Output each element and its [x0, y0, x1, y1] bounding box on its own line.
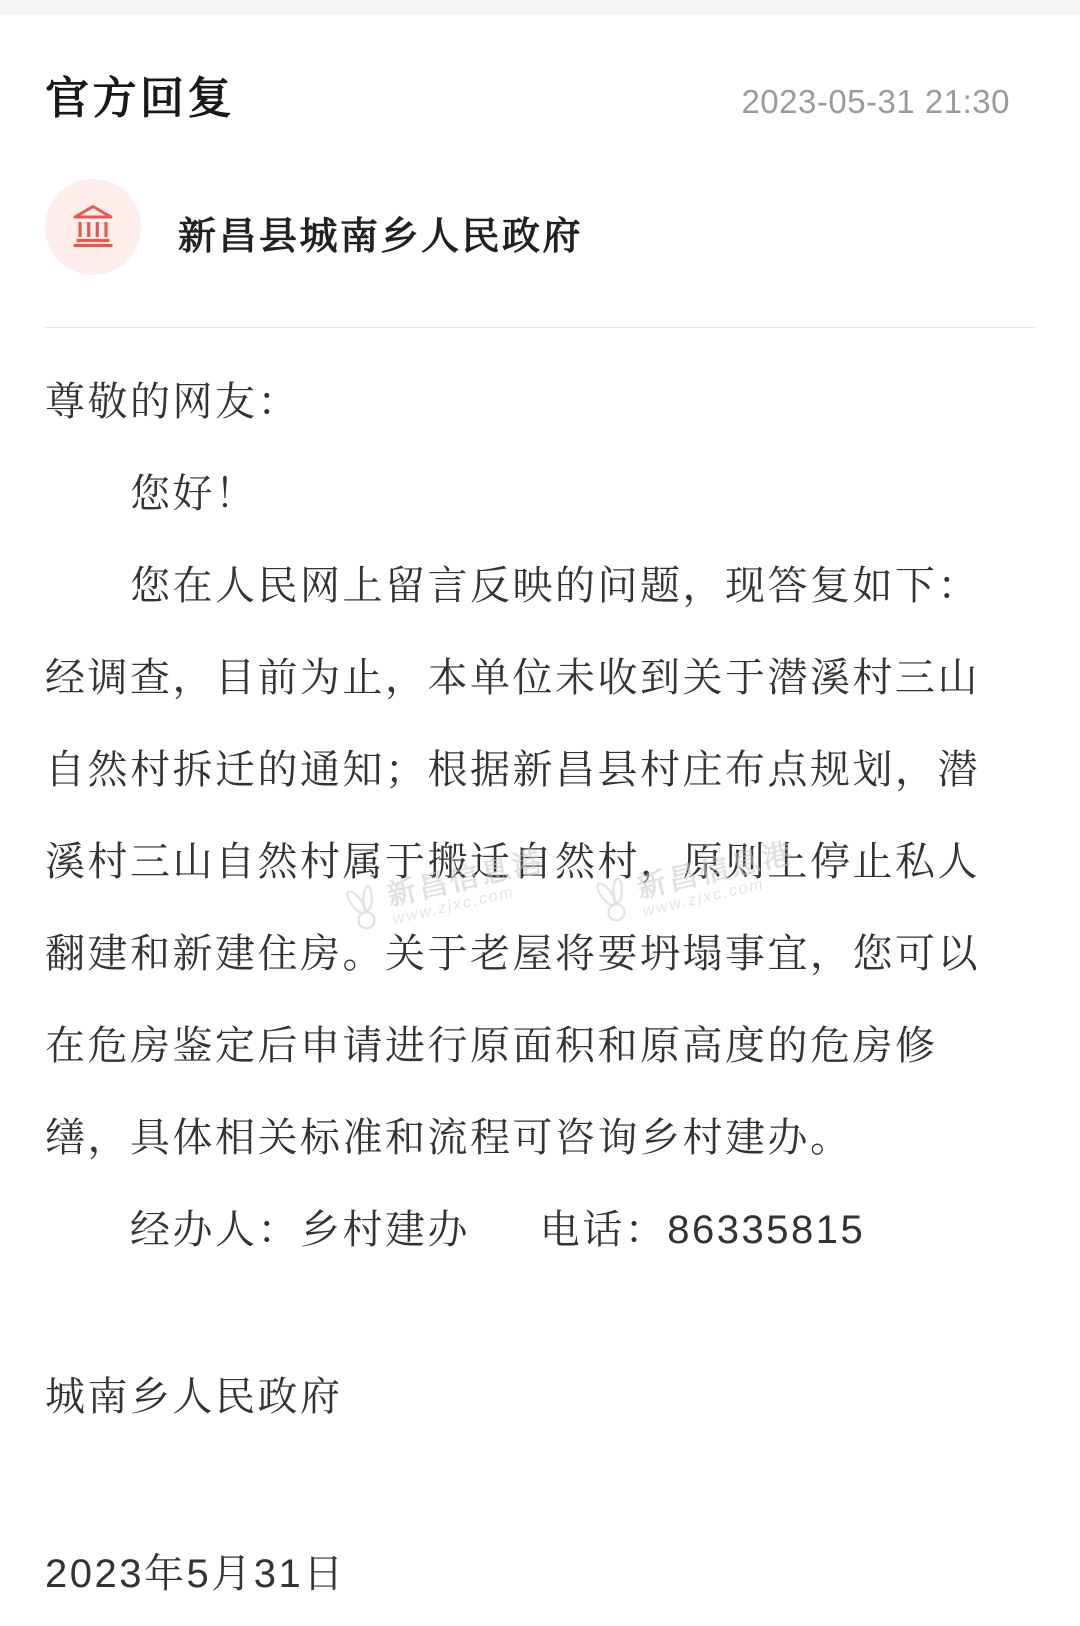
- divider: [45, 327, 1035, 328]
- reply-timestamp: 2023-05-31 21:30: [741, 83, 1010, 121]
- reply-line: 在危房鉴定后申请进行原面积和原高度的危房修: [45, 1000, 1080, 1092]
- author-row: 新昌县城南乡人民政府: [0, 179, 1080, 275]
- avatar: [45, 179, 141, 275]
- top-strip: [0, 0, 1080, 14]
- reply-line: 经调查，目前为止，本单位未收到关于潜溪村三山: [45, 632, 1080, 724]
- signoff-agency: 城南乡人民政府: [0, 1351, 1080, 1443]
- page-title: 官方回复: [45, 76, 235, 122]
- reply-line: 您在人民网上留言反映的问题，现答复如下：: [45, 540, 1080, 632]
- reply-line: 翻建和新建住房。关于老屋将要坍塌事宜，您可以: [45, 908, 1080, 1000]
- reply-body: 尊敬的网友： 您好！ 您在人民网上留言反映的问题，现答复如下： 经调查，目前为止…: [0, 356, 1080, 1276]
- reply-header: 官方回复 2023-05-31 21:30: [0, 76, 1080, 122]
- reply-line: 您好！: [45, 448, 1080, 540]
- reply-line: 溪村三山自然村属于搬迁自然村，原则上停止私人: [45, 816, 1080, 908]
- reply-line: 尊敬的网友：: [45, 356, 1080, 448]
- government-building-icon: [68, 200, 118, 255]
- reply-line: 自然村拆迁的通知；根据新昌县村庄布点规划，潜: [45, 724, 1080, 816]
- reply-line: 缮，具体相关标准和流程可咨询乡村建办。: [45, 1092, 1080, 1184]
- reply-line: 经办人：乡村建办 电话：86335815: [45, 1184, 1080, 1276]
- author-name: 新昌县城南乡人民政府: [178, 205, 583, 260]
- signoff-date: 2023年5月31日: [0, 1528, 1080, 1620]
- official-reply-page: 官方回复 2023-05-31 21:30 新昌县城南乡人民政府 尊敬的网友： …: [0, 0, 1080, 1626]
